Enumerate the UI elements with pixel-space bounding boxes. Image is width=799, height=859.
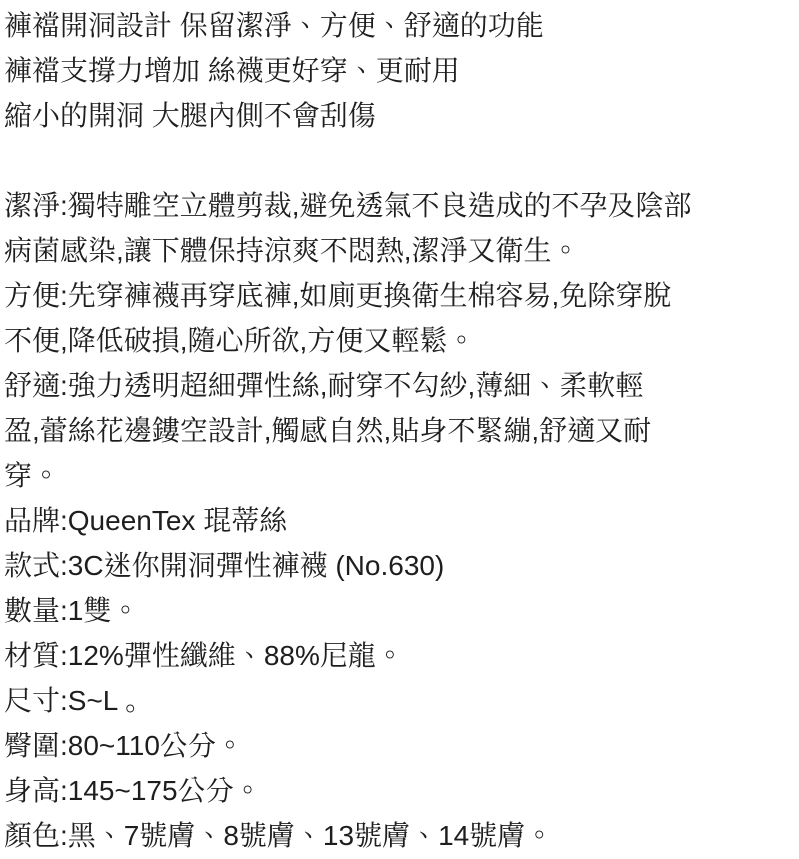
description-line: 穿。: [4, 453, 799, 498]
description-line: 款式:3C迷你開洞彈性褲襪 (No.630): [4, 543, 799, 588]
description-line: 材質:12%彈性纖維、88%尼龍。: [4, 633, 799, 678]
description-line: 不便,降低破損,隨心所欲,方便又輕鬆。: [4, 318, 799, 363]
description-line: 尺寸:S~L 。: [4, 678, 799, 723]
product-description-page: 褲襠開洞設計 保留潔淨、方便、舒適的功能 褲襠支撐力增加 絲襪更好穿、更耐用 縮…: [0, 0, 799, 859]
description-line: 數量:1雙。: [4, 588, 799, 633]
product-feature-headline: 褲襠開洞設計 保留潔淨、方便、舒適的功能 褲襠支撐力增加 絲襪更好穿、更耐用 縮…: [4, 3, 799, 138]
description-line: 潔淨:獨特雕空立體剪裁,避免透氣不良造成的不孕及陰部: [4, 183, 799, 228]
description-line: 方便:先穿褲襪再穿底褲,如廁更換衛生棉容易,免除穿脫: [4, 273, 799, 318]
description-line: 病菌感染,讓下體保持涼爽不悶熱,潔淨又衛生。: [4, 228, 799, 273]
description-line: 身高:145~175公分。: [4, 768, 799, 813]
product-description-text: 潔淨:獨特雕空立體剪裁,避免透氣不良造成的不孕及陰部 病菌感染,讓下體保持涼爽不…: [4, 183, 799, 858]
description-line: 臀圍:80~110公分。: [4, 723, 799, 768]
headline-line: 縮小的開洞 大腿內側不會刮傷: [4, 93, 799, 138]
paragraph-spacer: [4, 138, 799, 183]
description-line: 舒適:強力透明超細彈性絲,耐穿不勾紗,薄細、柔軟輕: [4, 363, 799, 408]
headline-line: 褲襠支撐力增加 絲襪更好穿、更耐用: [4, 48, 799, 93]
description-line: 顏色:黑、7號膚、8號膚、13號膚、14號膚。: [4, 813, 799, 858]
headline-line: 褲襠開洞設計 保留潔淨、方便、舒適的功能: [4, 3, 799, 48]
description-line: 品牌:QueenTex 琨蒂絲: [4, 498, 799, 543]
description-line: 盈,蕾絲花邊鏤空設計,觸感自然,貼身不緊繃,舒適又耐: [4, 408, 799, 453]
